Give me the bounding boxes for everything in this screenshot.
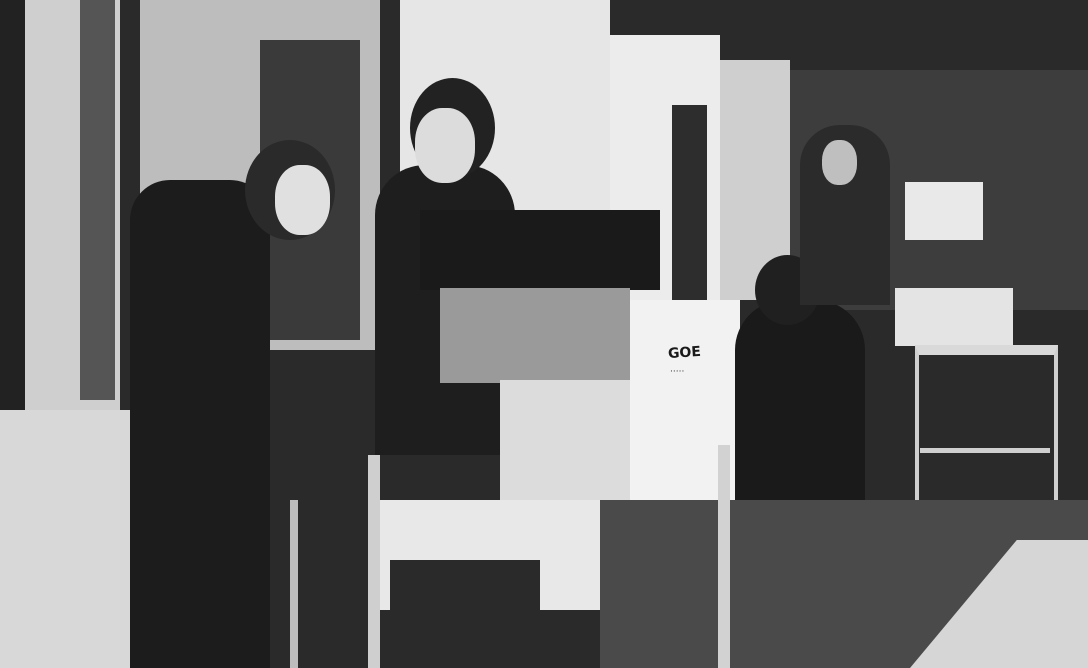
cart-frame	[915, 345, 1058, 519]
cabinet-left-panel	[80, 0, 115, 400]
cart-shelf	[920, 448, 1050, 453]
cabinet-4-window	[672, 105, 707, 300]
machine-sublabel: ·····	[670, 367, 684, 377]
rail-2	[718, 445, 730, 668]
person-background-face	[822, 140, 857, 185]
person-center-face	[415, 108, 475, 183]
person-left-body	[130, 180, 270, 668]
machine-base-shadow	[390, 560, 540, 610]
machine-body	[500, 380, 630, 500]
machine-top	[420, 210, 660, 290]
cart-box	[895, 288, 1013, 346]
rail-1	[368, 455, 380, 668]
photograph: GOE ·····	[0, 0, 1088, 668]
rail-3	[290, 500, 298, 668]
machine-panel	[440, 288, 630, 383]
machine-label: GOE	[667, 344, 701, 362]
sign-board	[905, 182, 983, 240]
person-left-face	[275, 165, 330, 235]
